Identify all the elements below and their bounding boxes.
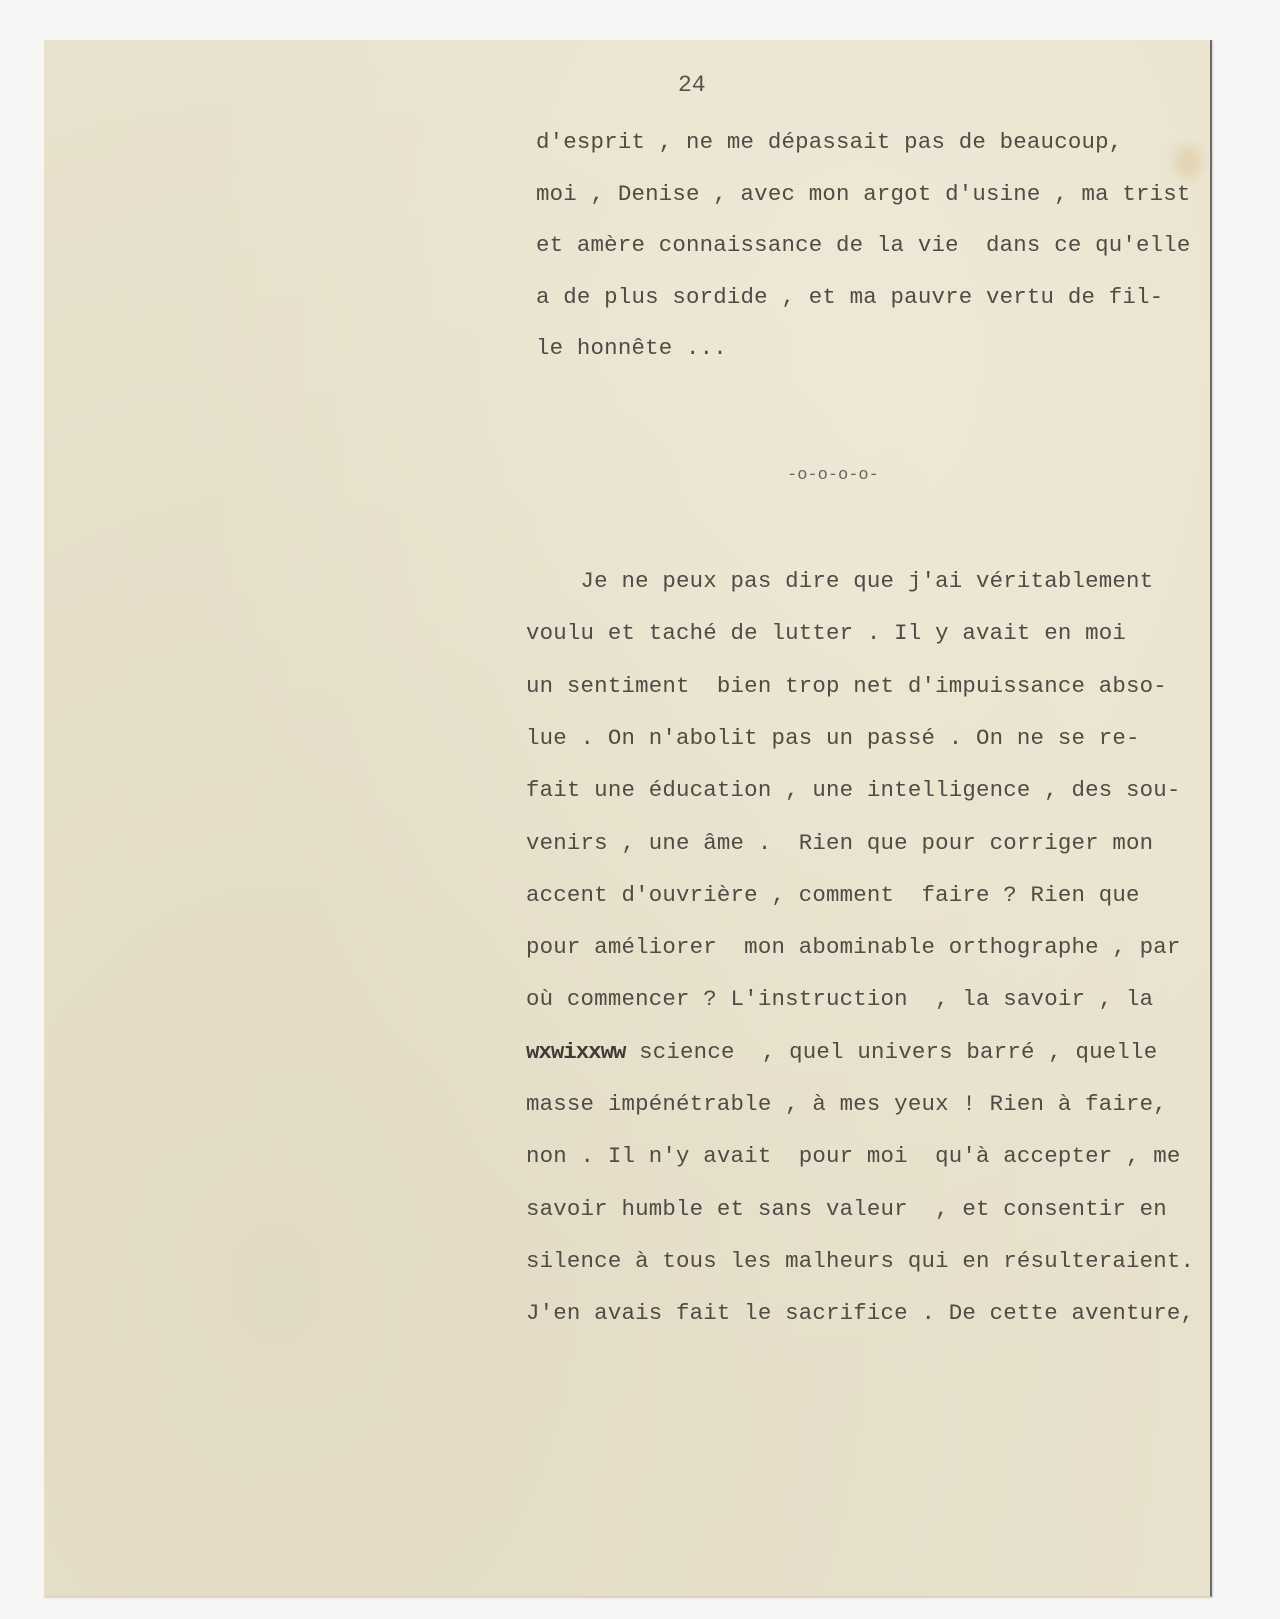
section-separator: -o-o-o-o- [787, 466, 879, 485]
text-line: J'en avais fait le sacrifice . De cette … [526, 1302, 1194, 1324]
text-line: masse impénétrable , à mes yeux ! Rien à… [526, 1093, 1167, 1115]
typewritten-page [44, 40, 1212, 1597]
text-line: accent d'ouvrière , comment faire ? Rien… [526, 884, 1140, 906]
text-line: moi , Denise , avec mon argot d'usine , … [536, 183, 1191, 205]
text-line: non . Il n'y avait pour moi qu'à accepte… [526, 1145, 1181, 1167]
text-line: Je ne peux pas dire que j'ai véritableme… [526, 570, 1153, 592]
text-line: wxwixxww science , quel univers barré , … [526, 1041, 1157, 1063]
paper-stain [1174, 145, 1202, 179]
text-line: le honnête ... [536, 337, 727, 359]
text-line: silence à tous les malheurs qui en résul… [526, 1250, 1194, 1272]
text-line: a de plus sordide , et ma pauvre vertu d… [536, 286, 1163, 308]
text-line: où commencer ? L'instruction , la savoir… [526, 988, 1153, 1010]
text-line-rest: science , quel univers barré , quelle [626, 1039, 1158, 1065]
text-line: un sentiment bien trop net d'impuissance… [526, 675, 1167, 697]
text-line: savoir humble et sans valeur , et consen… [526, 1198, 1167, 1220]
text-line: voulu et taché de lutter . Il y avait en… [526, 622, 1126, 644]
text-line: lue . On n'abolit pas un passé . On ne s… [526, 727, 1140, 749]
text-line: pour améliorer mon abominable orthograph… [526, 936, 1181, 958]
text-line: d'esprit , ne me dépassait pas de beauco… [536, 131, 1122, 153]
text-line: et amère connaissance de la vie dans ce … [536, 234, 1191, 256]
page-number: 24 [678, 72, 706, 98]
text-line: fait une éducation , une intelligence , … [526, 779, 1181, 801]
struck-out-text: wxwixxww [526, 1039, 626, 1065]
text-line: venirs , une âme . Rien que pour corrige… [526, 832, 1153, 854]
